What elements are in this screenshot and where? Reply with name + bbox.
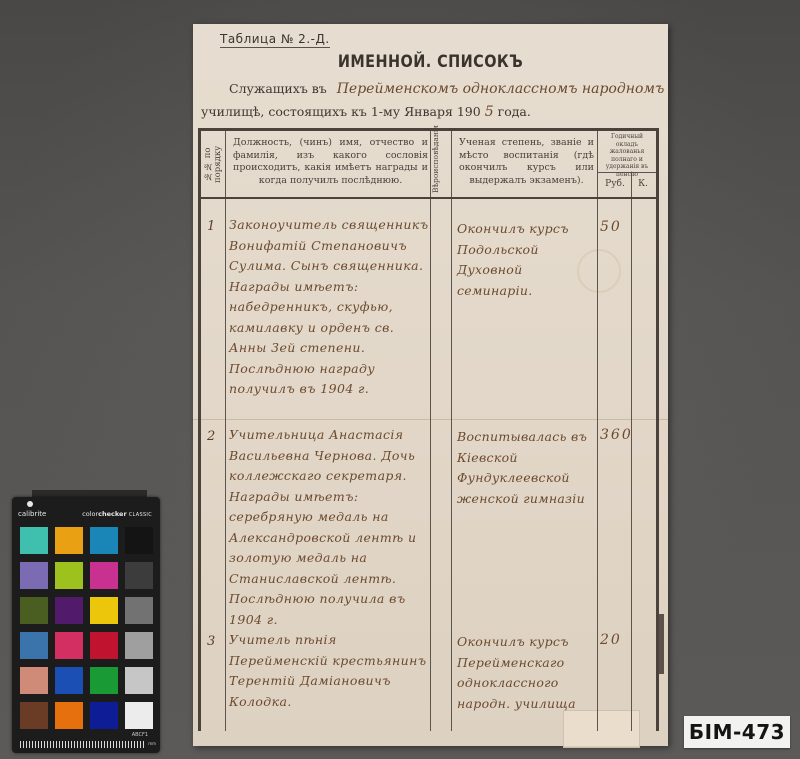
subtitle-handwritten-school: Перейменскомъ одноклассномъ народномъ: [337, 81, 665, 97]
checker-brand: calibrite: [18, 510, 46, 518]
row-salary-rub: 50: [600, 219, 630, 235]
row-education: Воспитывалась въ Кіевской Фундуклеевской…: [457, 427, 595, 509]
row-education: Окончилъ курсъ Перейменскаго одноклассно…: [457, 632, 595, 714]
model-prefix: color: [82, 510, 98, 518]
header-position: Должность, (чинъ) имя, отчество и фамилі…: [233, 137, 428, 187]
model-suffix: CLASSIC: [129, 512, 152, 518]
document-sheet: Таблица № 2.-Д. ИМЕННОЙ. СПИСОКЪ Служащи…: [193, 24, 668, 746]
row-number: 2: [207, 429, 221, 444]
swatch-grid: [20, 527, 152, 729]
header-number: №№ по порядку: [203, 135, 221, 193]
row-number: 1: [207, 219, 221, 234]
row-position: Законоучитель священникъ Вонифатій Степа…: [229, 215, 429, 400]
color-swatch: [55, 597, 83, 624]
color-checker-card: calibrite colorchecker CLASSIC ABCF1 mm: [12, 497, 160, 753]
color-swatch: [55, 562, 83, 589]
column-divider: [597, 131, 598, 731]
header-religion: Вѣроисповѣданія: [431, 135, 449, 193]
header-education: Ученая степень, званіе и мѣсто воспитані…: [459, 137, 594, 187]
subtitle-line-1: Служащихъ въ Перейменскомъ одноклассномъ…: [229, 81, 664, 97]
subtitle-printed-text: училищѣ, состоящихъ къ 1-му Января 190: [201, 104, 481, 119]
document-title: ИМЕННОЙ. СПИСОКЪ: [229, 52, 633, 72]
color-swatch: [90, 632, 118, 659]
subtitle-line-2: училищѣ, состоящихъ къ 1-му Января 1905г…: [201, 104, 531, 120]
color-swatch: [125, 632, 153, 659]
color-swatch: [90, 667, 118, 694]
row-number: 3: [207, 634, 221, 649]
color-swatch: [20, 527, 48, 554]
color-swatch: [55, 667, 83, 694]
color-swatch: [125, 702, 153, 729]
color-swatch: [90, 702, 118, 729]
row-salary-rub: 360: [600, 427, 630, 443]
staff-table: №№ по порядку Должность, (чинъ) имя, отч…: [198, 128, 659, 731]
column-divider: [451, 131, 452, 731]
calibrite-logo-icon: [27, 501, 33, 507]
subtitle-printed-text: года.: [498, 104, 531, 119]
color-swatch: [125, 667, 153, 694]
color-swatch: [55, 702, 83, 729]
color-swatch: [90, 597, 118, 624]
column-divider: [225, 131, 226, 731]
header-salary-kop: К.: [632, 179, 654, 189]
accession-label: БІМ-473: [684, 716, 790, 748]
column-divider: [430, 131, 431, 731]
color-swatch: [125, 597, 153, 624]
mm-ruler: [20, 741, 146, 748]
color-swatch: [20, 667, 48, 694]
color-swatch: [90, 527, 118, 554]
color-swatch: [90, 562, 118, 589]
row-position: Учитель пѣнія Перейменскій крестьянинъ Т…: [229, 630, 429, 712]
column-divider: [631, 198, 632, 731]
color-swatch: [20, 597, 48, 624]
ruler-unit: mm: [148, 741, 156, 746]
color-swatch: [55, 527, 83, 554]
checker-model: colorchecker CLASSIC: [82, 510, 152, 518]
row-salary-rub: 20: [600, 632, 630, 648]
header-divider: [201, 197, 656, 199]
color-swatch: [20, 702, 48, 729]
color-swatch: [125, 527, 153, 554]
subtitle-handwritten-year: 5: [485, 104, 494, 120]
subtitle-printed-text: Служащихъ въ: [229, 81, 327, 96]
row-education: Окончилъ курсъ Подольской Духовной семин…: [457, 219, 595, 301]
checker-code: ABCF1: [132, 732, 148, 738]
header-salary: Годичный окладъ жалованья полнаго и удер…: [599, 133, 655, 178]
color-swatch: [20, 562, 48, 589]
color-swatch: [55, 632, 83, 659]
color-swatch: [20, 632, 48, 659]
table-number: Таблица № 2.-Д.: [220, 32, 330, 48]
color-swatch: [125, 562, 153, 589]
row-position: Учительница Анастасія Васильевна Чернова…: [229, 425, 429, 630]
model-bold: checker: [98, 510, 127, 518]
header-salary-rub: Руб.: [599, 179, 631, 189]
